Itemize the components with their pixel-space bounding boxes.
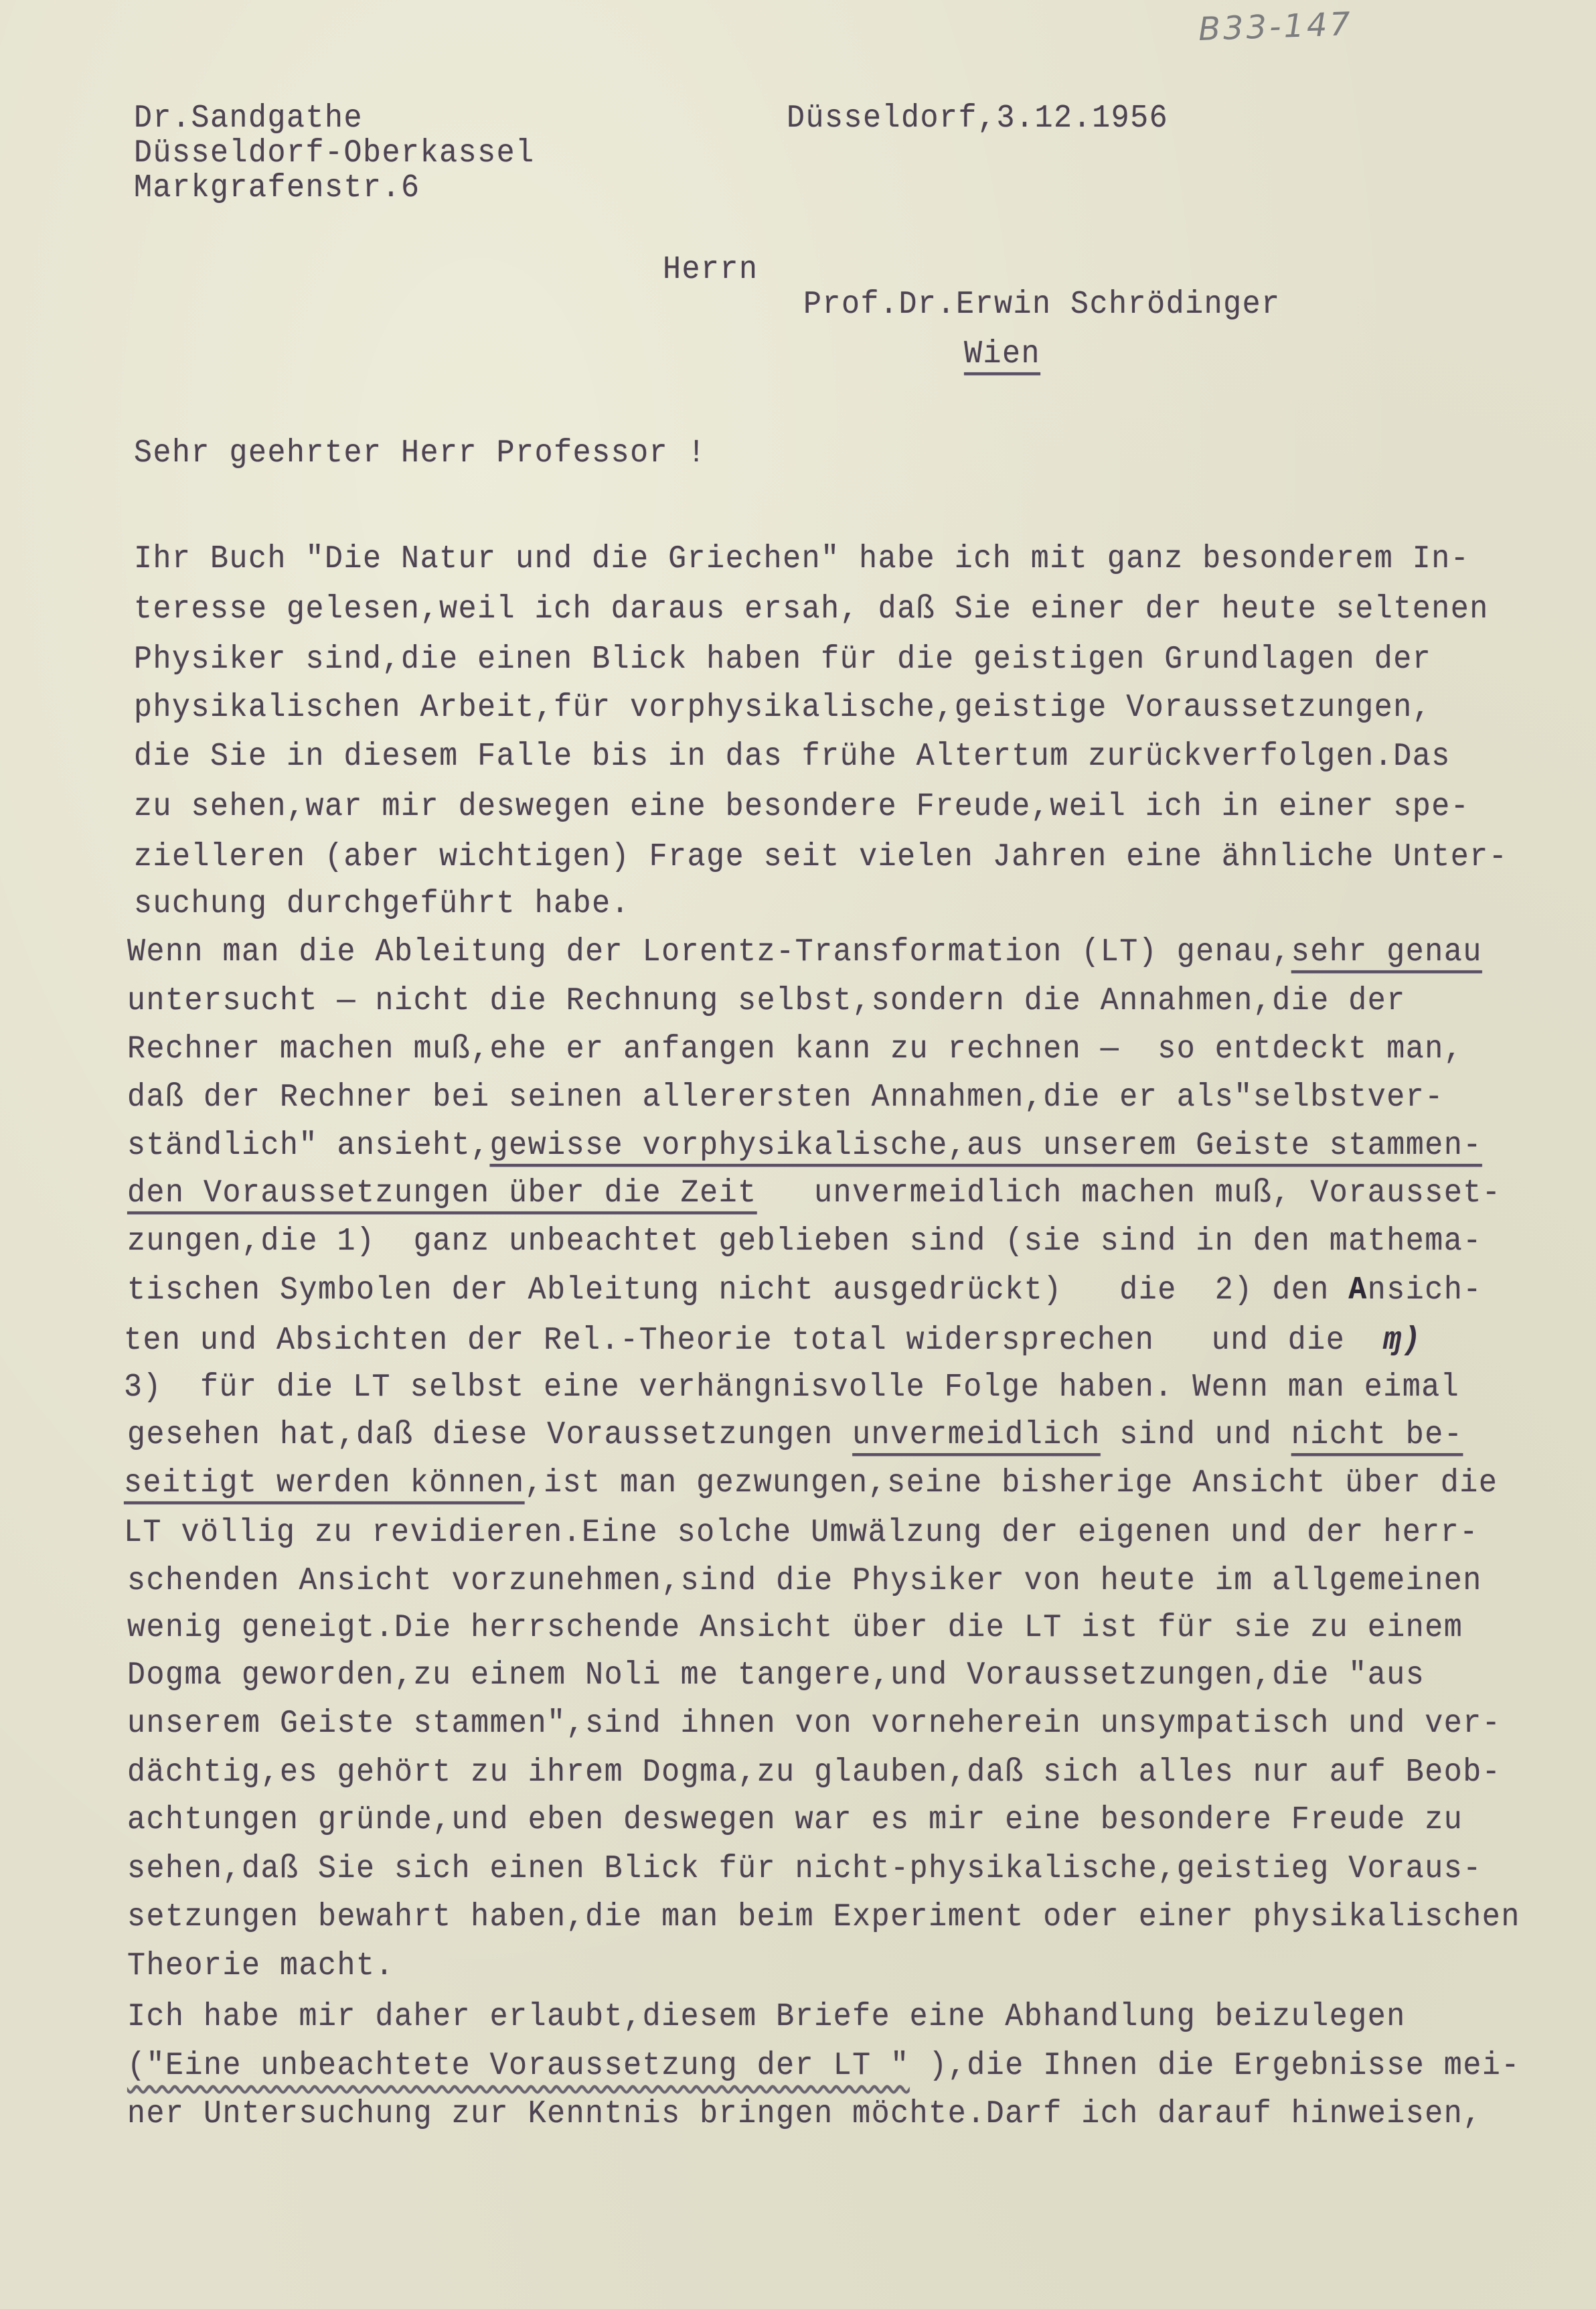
body-line: tischen Symbolen der Ableitung nicht aus… [127,1272,1482,1309]
body-line-text: Wenn man die Ableitung der Lorentz-Trans… [127,934,1291,970]
body-line: dächtig,es gehört zu ihrem Dogma,zu glau… [127,1755,1501,1791]
underlined-emphasis: seitigt werden können [124,1465,525,1501]
body-line-text: Dogma geworden,zu einem Noli me tangere,… [127,1657,1425,1694]
sender-street: Markgrafenstr.6 [134,170,420,206]
body-line: zungen,die 1) ganz unbeachtet geblieben … [127,1223,1482,1260]
handwritten-correction: ɱ) [1383,1322,1421,1359]
body-line-text: daß der Rechner bei seinen allerersten A… [127,1079,1444,1116]
recipient-salutation-line: Herrn [663,252,759,288]
body-line: Theorie macht. [127,1948,394,1984]
body-line: ner Untersuchung zur Kenntnis bringen mö… [127,2096,1482,2132]
body-line-text: ner Untersuchung zur Kenntnis bringen mö… [127,2095,1482,2132]
body-line-text: Ich habe mir daher erlaubt,diesem Briefe… [127,1998,1406,2035]
overstruck-letter: A [1348,1272,1368,1309]
body-line-text: ),die Ihnen die Ergebnisse mei- [910,2047,1520,2084]
body-line: teresse gelesen,weil ich daraus ersah, d… [134,591,1489,627]
body-line: achtungen gründe,und eben deswegen war e… [127,1802,1463,1838]
sender-city: Düsseldorf-Oberkassel [134,135,535,171]
body-line-text: teresse gelesen,weil ich daraus ersah, d… [134,591,1489,627]
body-line: LT völlig zu revidieren.Eine solche Umwä… [124,1515,1479,1551]
underlined-emphasis: den Voraussetzungen über die Zeit [127,1175,757,1211]
body-line-text: tischen Symbolen der Ableitung nicht aus… [127,1272,1348,1309]
body-line-text: sind und [1101,1416,1291,1453]
letter-page: B33-147 Dr.Sandgathe Düsseldorf-Oberkass… [0,0,1596,2309]
body-line: den Voraussetzungen über die Zeit unverm… [127,1175,1501,1211]
body-line: seitigt werden können,ist man gezwungen,… [124,1465,1498,1501]
archive-reference-handwritten: B33-147 [1198,5,1354,48]
body-line-text: die Sie in diesem Falle bis in das frühe… [134,738,1451,775]
body-line: Ich habe mir daher erlaubt,diesem Briefe… [127,1999,1406,2035]
body-line: unserem Geiste stammen",sind ihnen von v… [127,1706,1501,1742]
body-line-text: zielleren (aber wichtigen) Frage seit vi… [134,838,1508,875]
body-line: zielleren (aber wichtigen) Frage seit vi… [134,839,1508,875]
body-line-text: unserem Geiste stammen",sind ihnen von v… [127,1705,1501,1742]
body-line: schenden Ansicht vorzunehmen,sind die Ph… [127,1563,1482,1599]
body-line-text: 3) für die LT selbst eine verhängnisvoll… [124,1369,1459,1406]
body-line: die Sie in diesem Falle bis in das frühe… [134,739,1451,775]
body-line-text: untersucht — nicht die Rechnung selbst,s… [127,982,1406,1019]
body-line-text: Rechner machen muß,ehe er anfangen kann … [127,1031,1463,1067]
body-line-text: Physiker sind,die einen Blick haben für … [134,641,1431,678]
sender-name: Dr.Sandgathe [134,100,363,137]
body-line-text: Theorie macht. [127,1947,394,1984]
body-line-text: ,ist man gezwungen,seine bisherige Ansic… [525,1465,1498,1501]
body-line-text: setzungen bewahrt haben,die man beim Exp… [127,1898,1520,1935]
body-line-text: sehen,daß Sie sich einen Blick für nicht… [127,1850,1482,1887]
body-line: Physiker sind,die einen Blick haben für … [134,642,1431,678]
place-date: Düsseldorf,3.12.1956 [787,100,1168,137]
body-line: ("Eine unbeachtete Voraussetzung der LT … [127,2048,1520,2084]
body-line-text: physikalischen Arbeit,für vorphysikalisc… [134,689,1431,726]
body-line-text: Ihr Buch "Die Natur und die Griechen" ha… [134,540,1469,577]
body-line-text: wenig geneigt.Die herrschende Ansicht üb… [127,1609,1463,1646]
body-line: suchung durchgeführt habe. [134,886,630,922]
body-line: ten und Absichten der Rel.-Theorie total… [124,1323,1421,1359]
body-line-text: suchung durchgeführt habe. [134,885,630,922]
body-line: wenig geneigt.Die herrschende Ansicht üb… [127,1610,1463,1646]
underlined-emphasis: unvermeidlich [852,1416,1101,1453]
body-line-text: achtungen gründe,und eben deswegen war e… [127,1801,1463,1838]
underlined-emphasis: sehr genau [1291,934,1482,970]
body-line: ständlich" ansieht,gewisse vorphysikalis… [127,1128,1482,1164]
body-line: untersucht — nicht die Rechnung selbst,s… [127,983,1406,1019]
body-line-text: gesehen hat,daß diese Voraussetzungen [127,1416,852,1453]
body-line: Rechner machen muß,ehe er anfangen kann … [127,1031,1463,1067]
body-line: Wenn man die Ableitung der Lorentz-Trans… [127,934,1482,970]
greeting: Sehr geehrter Herr Professor ! [134,435,706,471]
underlined-emphasis: nicht be- [1291,1416,1463,1453]
body-line-text: zu sehen,war mir deswegen eine besondere… [134,788,1469,825]
underlined-title: ("Eine unbeachtete Voraussetzung der LT … [127,2047,910,2084]
recipient-city: Wien [964,336,1079,372]
body-line: Ihr Buch "Die Natur und die Griechen" ha… [134,541,1469,577]
body-line: 3) für die LT selbst eine verhängnisvoll… [124,1369,1459,1406]
body-line-text: dächtig,es gehört zu ihrem Dogma,zu glau… [127,1754,1501,1791]
body-line-text: ten und Absichten der Rel.-Theorie total… [124,1322,1383,1359]
body-line-text: zungen,die 1) ganz unbeachtet geblieben … [127,1223,1482,1260]
recipient-city-text: Wien [964,336,1040,372]
body-line: Dogma geworden,zu einem Noli me tangere,… [127,1657,1425,1694]
recipient-name: Prof.Dr.Erwin Schrödinger [803,287,1281,323]
body-line: gesehen hat,daß diese Voraussetzungen un… [127,1417,1463,1453]
body-line: sehen,daß Sie sich einen Blick für nicht… [127,1851,1482,1887]
body-line-text: schenden Ansicht vorzunehmen,sind die Ph… [127,1562,1482,1599]
body-line-text: nsich- [1368,1272,1482,1309]
body-line-text: ständlich" ansieht, [127,1127,490,1164]
body-line-text: unvermeidlich machen muß, Vorausset- [757,1175,1502,1211]
body-line: daß der Rechner bei seinen allerersten A… [127,1079,1444,1116]
body-line: zu sehen,war mir deswegen eine besondere… [134,789,1469,825]
body-line: physikalischen Arbeit,für vorphysikalisc… [134,690,1431,726]
body-line: setzungen bewahrt haben,die man beim Exp… [127,1899,1520,1935]
underlined-emphasis: gewisse vorphysikalische,aus unserem Gei… [490,1127,1482,1164]
body-line-text: LT völlig zu revidieren.Eine solche Umwä… [124,1514,1479,1551]
